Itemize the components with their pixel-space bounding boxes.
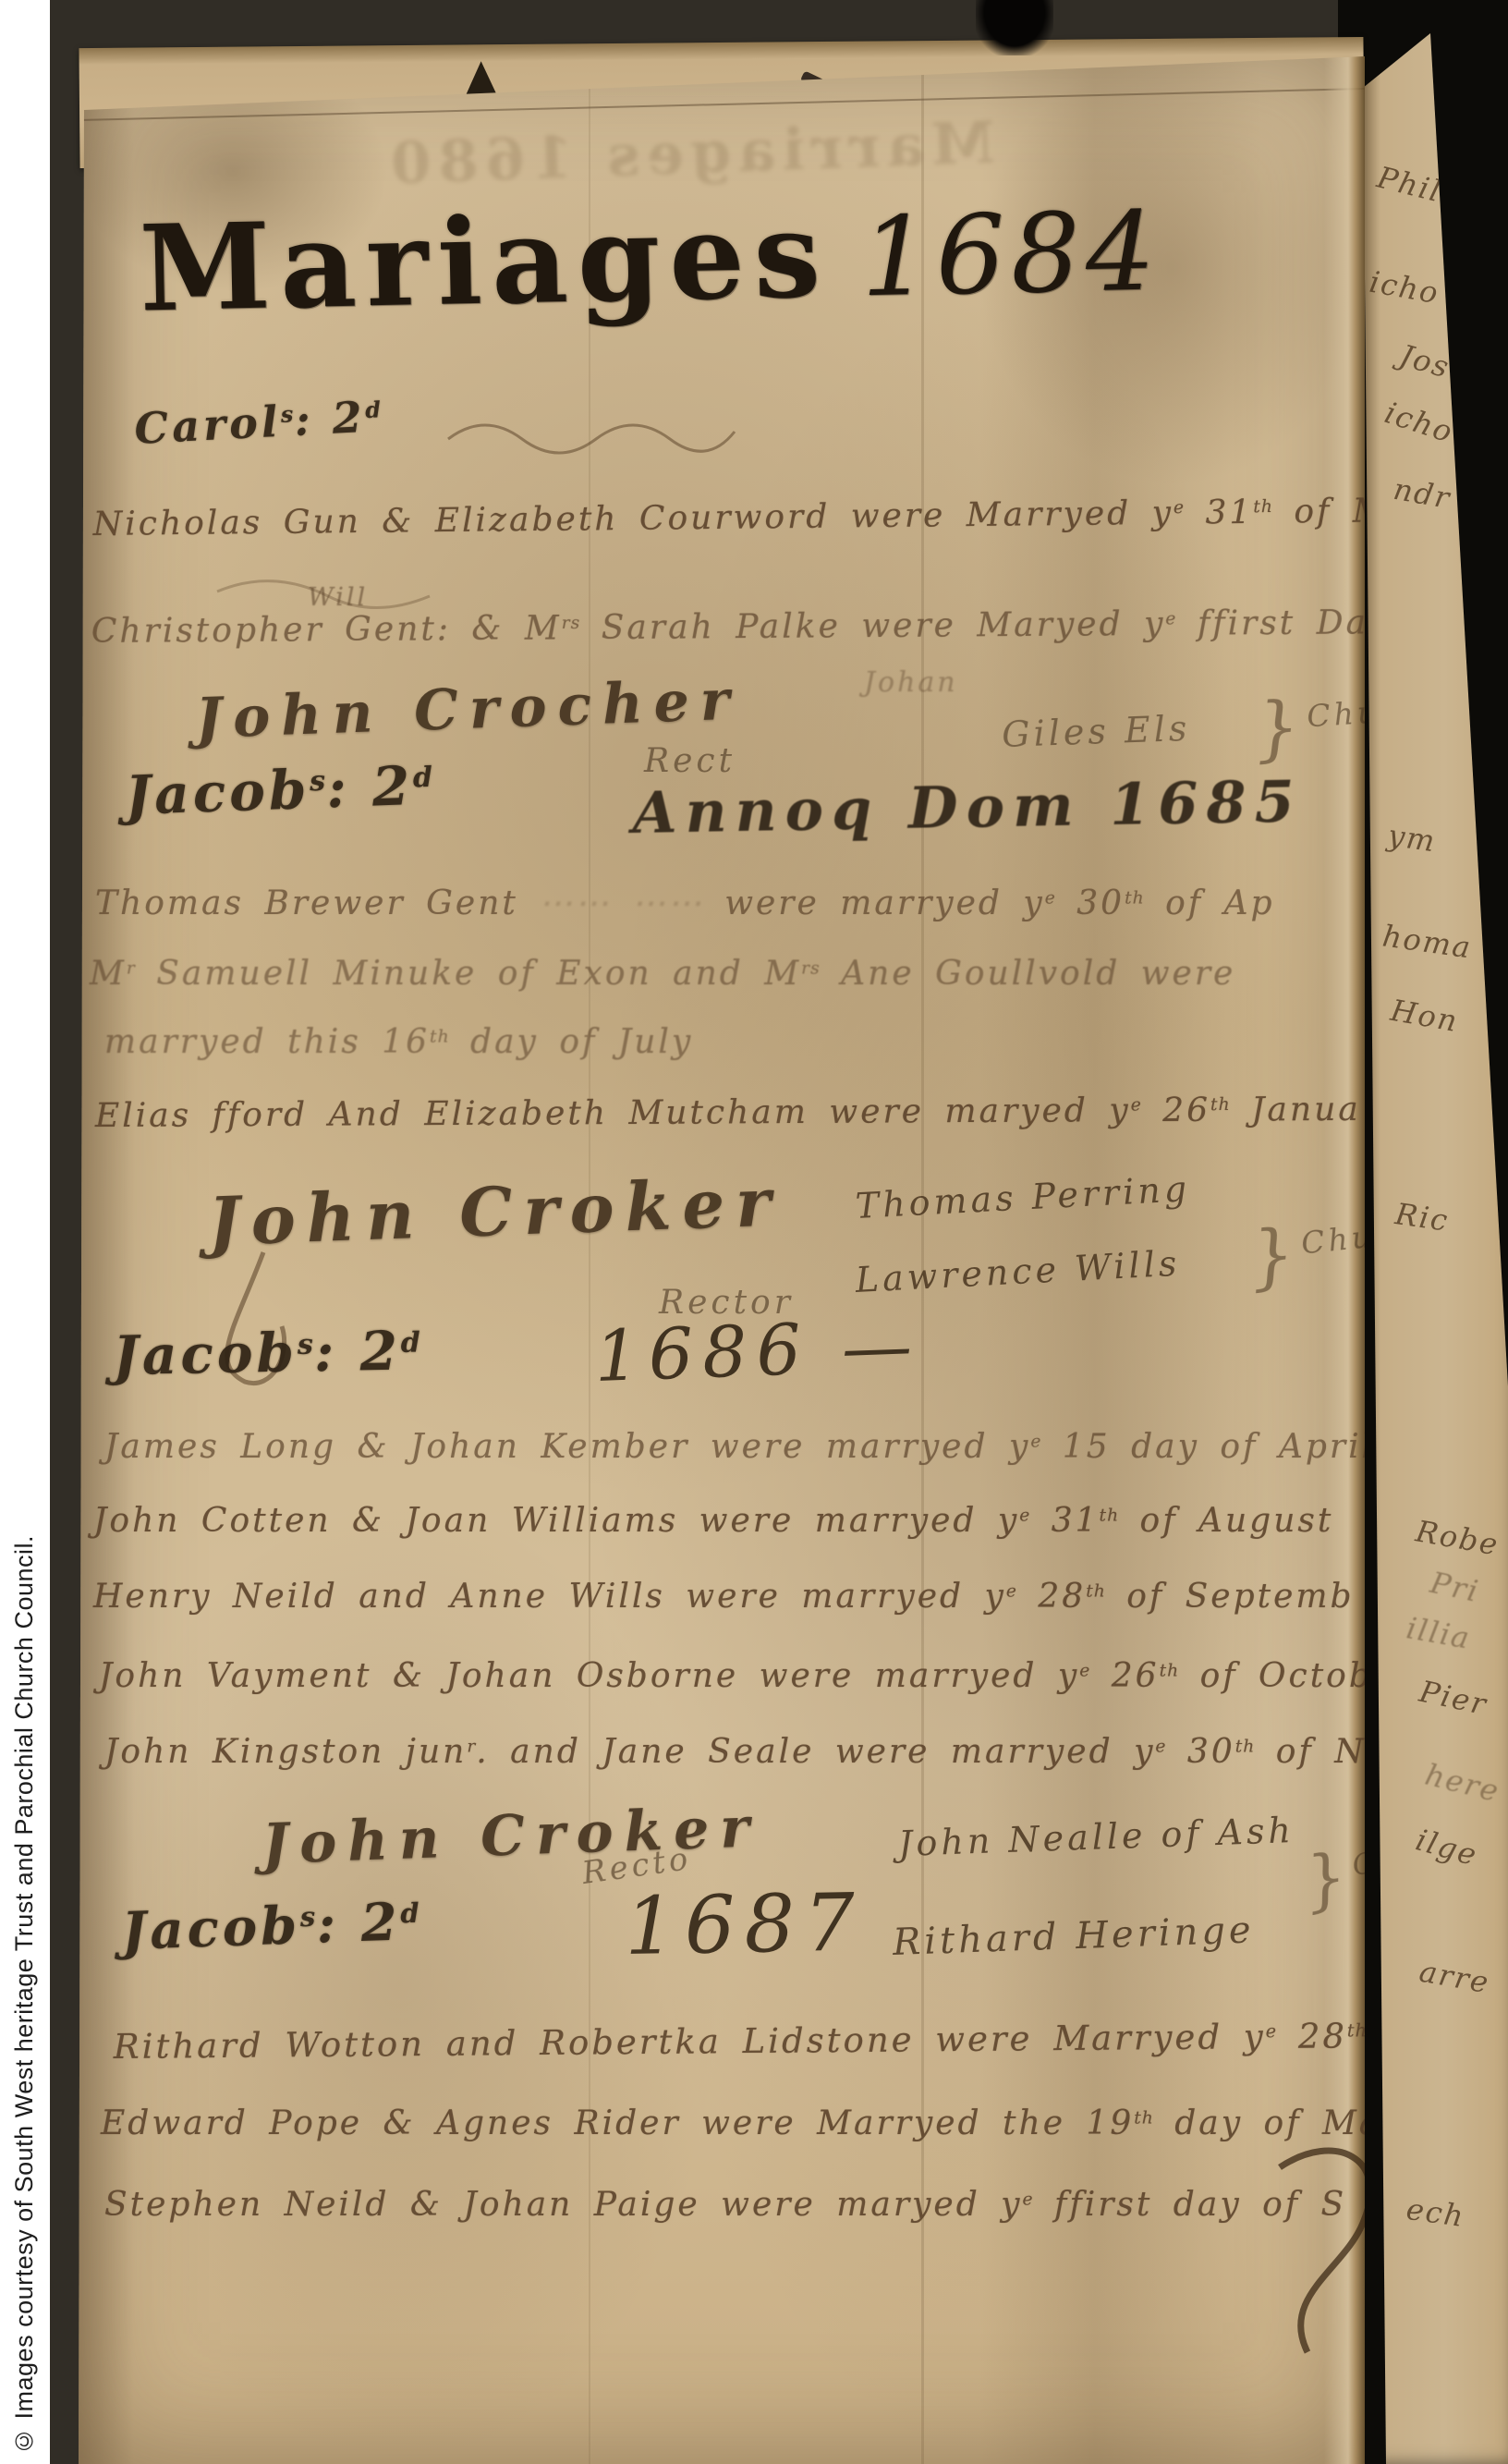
register-line-anno-1685: Annoq Dom 1685 [632, 767, 1304, 847]
register-line-m1687-2: Edward Pope & Agnes Rider were Marryed t… [101, 2104, 1404, 2142]
binding-ink-blotch [976, 0, 1053, 55]
register-line-m1686-2: John Cotten & Joan Williams were marryed… [93, 1502, 1333, 1540]
register-line-m1685-4: Elias fford And Elizabeth Mutcham were m… [95, 1091, 1361, 1135]
register-line-regnal-1685: Jacobs: 2d [125, 753, 435, 827]
text-run: . and Jane Seale were marryed y [476, 1733, 1155, 1771]
text-run: ⋯⋯ ⋯⋯ [518, 884, 724, 922]
superscript: th [1086, 1581, 1106, 1601]
text-run: Elias fford And Elizabeth Mutcham were m… [95, 1092, 1131, 1135]
text-run: John Vayment & Johan Osborne were marrye… [99, 1657, 1079, 1695]
text-run: Thomas Brewer Gent [95, 884, 518, 922]
facing-page-fragment: arre [1417, 1954, 1492, 2001]
text-run: Jacob [113, 1322, 298, 1387]
superscript: th [1125, 888, 1145, 908]
text-run: Rect [644, 742, 736, 780]
text-run: Henry Neild and Anne Wills were marryed … [93, 1578, 1006, 1616]
superscript: d [412, 762, 433, 795]
superscript: th [1160, 1661, 1180, 1680]
text-run: : 2 [325, 754, 414, 820]
text-run: Johan [864, 666, 958, 699]
text-run: of Septemb [1106, 1578, 1355, 1616]
ink-flourish-capital [1280, 2151, 1365, 2352]
text-run: Jacob [121, 1895, 302, 1962]
superscript: e [1131, 1095, 1142, 1115]
superscript: e [1266, 2020, 1278, 2042]
text-run: 31 [1185, 494, 1254, 532]
superscript: e [1023, 2190, 1034, 2209]
register-line-year-1687: 1687 [624, 1876, 865, 1973]
text-run: Christopher Gent: & M [91, 609, 562, 651]
register-line-m1686-4: John Vayment & Johan Osborne were marrye… [99, 1657, 1414, 1695]
text-run: of August [1119, 1502, 1333, 1540]
text-run: Sarah Palke were Maryed y [580, 605, 1165, 647]
superscript: e [1165, 609, 1176, 628]
facing-page-fragment: ym [1386, 818, 1439, 860]
text-run: 31 [1030, 1502, 1099, 1540]
register-line-sigA-rect: Rect [644, 742, 736, 780]
text-run: 30 [1166, 1733, 1234, 1771]
register-line-note-will: Will [308, 583, 368, 612]
scanned-register-photo: { "caption": "© Images courtesy of South… [0, 0, 1508, 2464]
title-year: 1684 [859, 187, 1161, 321]
text-run: 1686 — [593, 1304, 922, 1397]
superscript: e [1174, 498, 1185, 518]
facing-page-fragment: ech [1405, 2191, 1467, 2234]
register-line-m1685-1: Thomas Brewer Gent ⋯⋯ ⋯⋯ were marryed ye… [95, 884, 1275, 922]
superscript: e [1030, 1432, 1041, 1451]
superscript: th [1235, 1737, 1256, 1756]
text-run: 28 [1017, 1578, 1086, 1616]
facing-page-fragment: homa [1380, 918, 1475, 965]
parchment-page: Marriages 1680 Mariages1684 Carols: 2dNi… [79, 51, 1365, 2464]
superscript: s [298, 1329, 315, 1361]
facing-page-fragment: icho [1367, 264, 1441, 311]
facing-page-fragment: ilge [1412, 1822, 1482, 1872]
text-run: Ane Goullvold were [821, 955, 1236, 993]
superscript: r [127, 958, 136, 978]
facing-page-fragment: Hon [1388, 993, 1461, 1039]
text-run: } [1252, 686, 1306, 770]
superscript: s [309, 765, 326, 799]
caption-strip: © Images courtesy of South West heritage… [0, 0, 50, 2464]
text-run: 28 [1277, 2016, 1347, 2056]
superscript: th [1134, 2108, 1154, 2128]
text-run: Annoq Dom 1685 [632, 767, 1304, 847]
text-run: 15 day of Aprill [1041, 1428, 1388, 1466]
facing-page-fragment: Pri [1428, 1565, 1483, 1609]
text-run: M [90, 955, 127, 993]
facing-page-fragment: Pier [1417, 1674, 1490, 1723]
register-line-sigA-giles: Giles Els [1001, 708, 1191, 755]
superscript: th [430, 1027, 450, 1046]
register-line-m1685-2: Mr Samuell Minuke of Exon and Mrs Ane Go… [90, 955, 1235, 993]
text-run: 26 [1142, 1092, 1210, 1129]
text-run: Stephen Neild & Johan Paige were maryed … [104, 2186, 1023, 2224]
text-run: 1687 [624, 1876, 865, 1973]
text-run: } [1246, 1213, 1302, 1299]
superscript: e [1045, 888, 1056, 908]
text-run: ffirst day of S [1034, 2186, 1347, 2224]
text-run: : 2 [313, 1320, 401, 1384]
text-run: Giles Els [1001, 708, 1191, 755]
superscript: th [1253, 497, 1273, 517]
text-run: were marryed y [724, 884, 1045, 922]
register-line-m1687-3: Stephen Neild & Johan Paige were maryed … [104, 2186, 1346, 2224]
facing-page-fragment: here [1422, 1757, 1504, 1810]
text-run: Jacob [125, 758, 311, 827]
register-line-m1686-1: James Long & Johan Kember were marryed y… [104, 1428, 1389, 1466]
register-line-regnal-1687: Jacobs: 2d [121, 1891, 421, 1962]
text-run: 30 [1056, 884, 1125, 922]
superscript: s [299, 1901, 317, 1933]
text-run: Will [308, 583, 368, 612]
facing-page-fragment: Robe [1413, 1513, 1502, 1562]
text-run: Janua [1231, 1091, 1361, 1129]
superscript: e [1019, 1506, 1030, 1525]
text-run: John Kingston jun [104, 1733, 467, 1771]
text-run: : 2 [293, 392, 367, 445]
text-run: day of July [450, 1023, 694, 1061]
superscript: d [364, 396, 382, 423]
facing-page-fragment: illia [1404, 1610, 1474, 1656]
superscript: th [1100, 1506, 1120, 1525]
text-run: 26 [1090, 1657, 1159, 1695]
superscript: e [1155, 1737, 1166, 1756]
register-line-year-1686: 1686 — [593, 1304, 922, 1397]
text-run: : 2 [315, 1892, 401, 1956]
facing-page-fragment: Jos [1396, 337, 1454, 385]
text-run: Samuell Minuke of Exon and M [136, 955, 801, 993]
text-run: John Cotten & Joan Williams were marryed… [93, 1502, 1019, 1540]
register-line-m1685-3: marryed this 16th day of July [104, 1023, 693, 1061]
superscript: e [1079, 1661, 1090, 1680]
superscript: d [400, 1326, 421, 1359]
superscript: th [1347, 2019, 1368, 2041]
text-run: Carol [133, 396, 282, 454]
register-line-regnal-1686: Jacobs: 2d [113, 1319, 422, 1387]
text-run: of Ap [1145, 884, 1275, 922]
text-run: marryed this 16 [104, 1023, 430, 1061]
ink-scribble [448, 425, 735, 453]
register-line-m1686-5: John Kingston junr. and Jane Seale were … [104, 1733, 1467, 1771]
superscript: rs [801, 958, 821, 978]
register-line-ghost-johan: Johan [864, 666, 958, 699]
facing-page-fragment: Ric [1393, 1196, 1452, 1238]
superscript: rs [562, 614, 581, 633]
superscript: th [1210, 1095, 1231, 1115]
superscript: e [1006, 1581, 1017, 1601]
register-line-m1686-3: Henry Neild and Anne Wills were marryed … [93, 1578, 1355, 1616]
facing-page-fragment: ndr [1391, 471, 1453, 516]
text-run: Edward Pope & Agnes Rider were Marryed t… [101, 2104, 1134, 2142]
photo-credit-caption: © Images courtesy of South West heritage… [10, 1535, 39, 2455]
superscript: r [467, 1737, 476, 1756]
title-word: Mariages [139, 186, 832, 339]
facing-page-fragment: icho [1380, 395, 1458, 450]
register-title: Mariages1684 [139, 178, 1162, 338]
superscript: d [400, 1897, 421, 1930]
text-run: James Long & Johan Kember were marryed y [104, 1428, 1030, 1466]
